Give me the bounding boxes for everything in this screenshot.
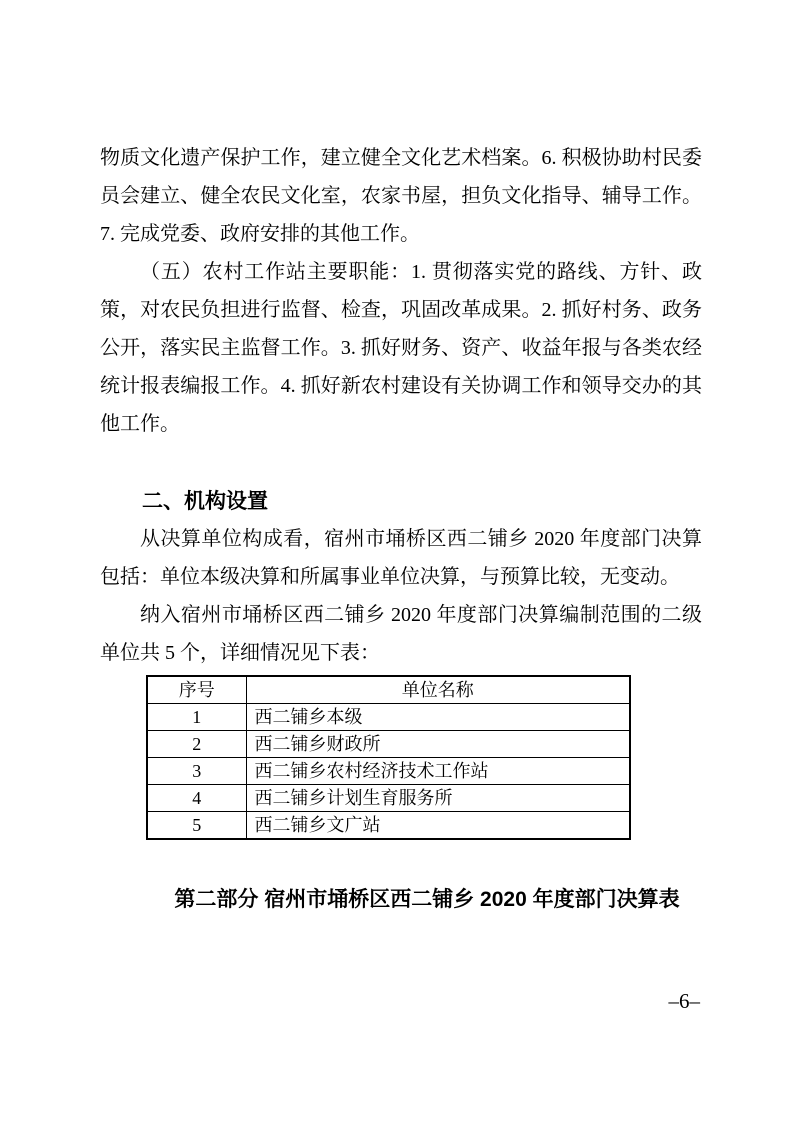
- unit-table: 序号 单位名称 1 西二铺乡本级 2 西二铺乡财政所 3 西二铺乡农村经济技术工…: [146, 675, 631, 840]
- row-index: 2: [147, 731, 246, 758]
- table-header-row: 序号 单位名称: [147, 676, 630, 704]
- row-index: 3: [147, 758, 246, 785]
- table-row: 5 西二铺乡文广站: [147, 812, 630, 840]
- column-header-index: 序号: [147, 676, 246, 704]
- section-heading: 二、机构设置: [100, 487, 702, 517]
- page-content: 物质文化遗产保护工作，建立健全文化艺术档案。6. 积极协助村民委员会建立、健全农…: [100, 139, 702, 917]
- table-row: 1 西二铺乡本级: [147, 704, 630, 731]
- unit-name: 西二铺乡文广站: [246, 812, 630, 840]
- row-index: 5: [147, 812, 246, 840]
- section-paragraph: 从决算单位构成看，宿州市埇桥区西二铺乡 2020 年度部门决算包括：单位本级决算…: [100, 520, 702, 596]
- unit-name: 西二铺乡财政所: [246, 731, 630, 758]
- part-title: 第二部分 宿州市埇桥区西二铺乡 2020 年度部门决算表: [100, 883, 702, 917]
- unit-name: 西二铺乡本级: [246, 704, 630, 731]
- body-paragraph: 物质文化遗产保护工作，建立健全文化艺术档案。6. 积极协助村民委员会建立、健全农…: [100, 139, 702, 253]
- section-paragraph: 纳入宿州市埇桥区西二铺乡 2020 年度部门决算编制范围的二级单位共 5 个，详…: [100, 596, 702, 672]
- table-row: 4 西二铺乡计划生育服务所: [147, 785, 630, 812]
- table-row: 2 西二铺乡财政所: [147, 731, 630, 758]
- body-paragraph: （五）农村工作站主要职能：1. 贯彻落实党的路线、方针、政策，对农民负担进行监督…: [100, 253, 702, 443]
- unit-name: 西二铺乡农村经济技术工作站: [246, 758, 630, 785]
- table-row: 3 西二铺乡农村经济技术工作站: [147, 758, 630, 785]
- column-header-unit-name: 单位名称: [246, 676, 630, 704]
- row-index: 4: [147, 785, 246, 812]
- unit-name: 西二铺乡计划生育服务所: [246, 785, 630, 812]
- row-index: 1: [147, 704, 246, 731]
- page-number: –6–: [669, 988, 701, 1014]
- document-page: 物质文化遗产保护工作，建立健全文化艺术档案。6. 积极协助村民委员会建立、健全农…: [0, 0, 793, 1122]
